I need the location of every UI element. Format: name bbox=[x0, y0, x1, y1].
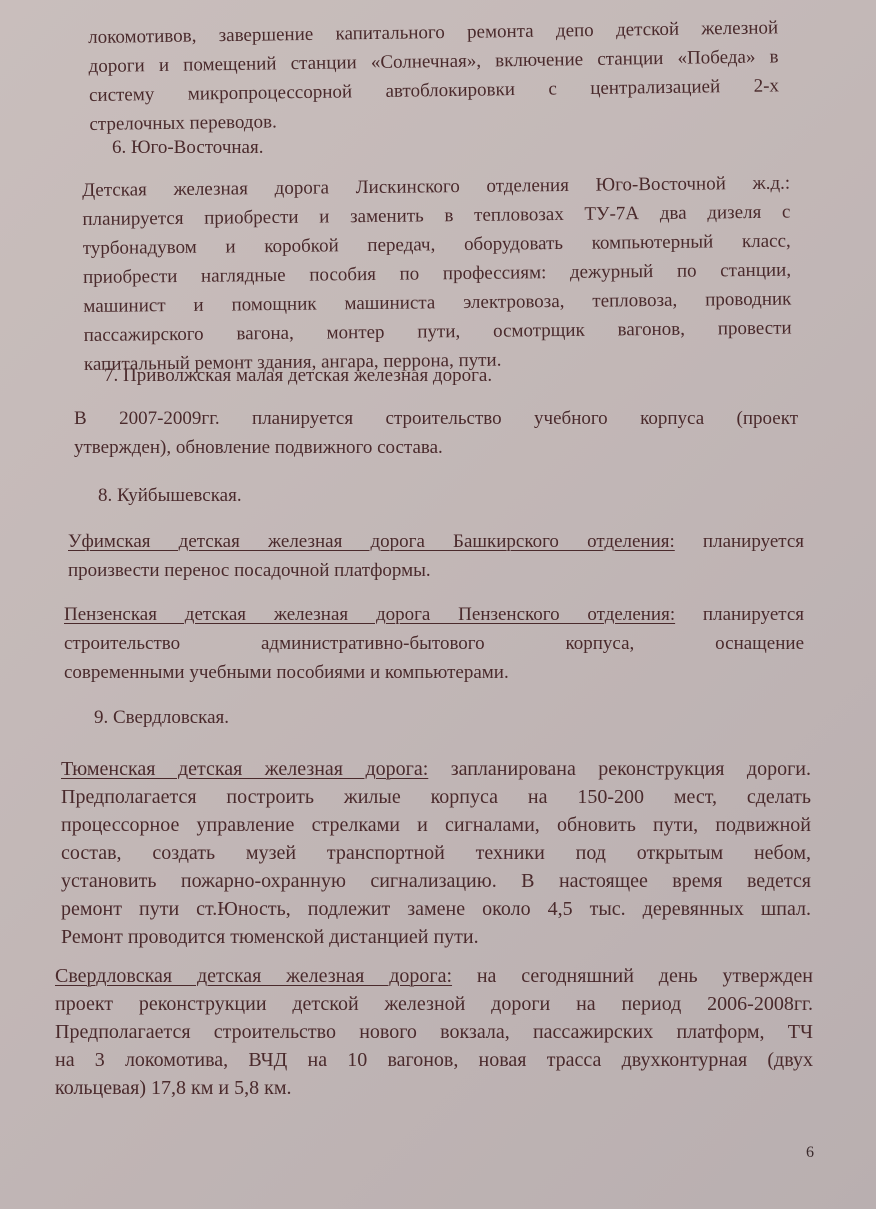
text-fragment: на сегодняшний день утвержден bbox=[452, 965, 813, 987]
sverdlovsk-railway-title: Свердловская детская железная дорога: bbox=[55, 965, 452, 987]
text-line: Уфимская детская железная дорога Башкирс… bbox=[68, 527, 804, 556]
section-heading-7: 7. Приволжская малая детская железная до… bbox=[104, 363, 492, 389]
sverdlovsk-railway-paragraph: Свердловская детская железная дорога: на… bbox=[55, 962, 813, 1102]
text-line: проект реконструкции детской железной до… bbox=[55, 990, 813, 1018]
tyumen-railway-paragraph: Тюменская детская железная дорога: запла… bbox=[61, 755, 811, 951]
page-number: 6 bbox=[806, 1144, 814, 1162]
section-heading-6: 6. Юго-Восточная. bbox=[112, 135, 263, 161]
text-line: на 3 локомотива, ВЧД на 10 вагонов, нова… bbox=[55, 1046, 813, 1074]
section-heading-8: 8. Куйбышевская. bbox=[98, 483, 242, 509]
continuation-paragraph: локомотивов, завершение капитального рем… bbox=[88, 13, 780, 139]
text-line: строительство административно-бытового к… bbox=[64, 629, 804, 658]
text-line: Предполагается построить жилые корпуса н… bbox=[61, 783, 811, 811]
penza-railway-title: Пензенская детская железная дорога Пензе… bbox=[64, 604, 675, 625]
ufa-railway-title: Уфимская детская железная дорога Башкирс… bbox=[68, 531, 675, 552]
text-line: Свердловская детская железная дорога: на… bbox=[55, 962, 813, 990]
text-line: Ремонт проводится тюменской дистанцией п… bbox=[61, 923, 811, 951]
text-line: ремонт пути ст.Юность, подлежит замене о… bbox=[61, 895, 811, 923]
section-6-paragraph: Детская железная дорога Лискинского отде… bbox=[82, 169, 792, 379]
text-fragment: планируется bbox=[675, 531, 804, 552]
text-line: состав, создать музей транспортной техни… bbox=[61, 839, 811, 867]
penza-railway-paragraph: Пензенская детская железная дорога Пензе… bbox=[64, 600, 804, 687]
text-line: Предполагается строительство нового вокз… bbox=[55, 1018, 813, 1046]
document-page: локомотивов, завершение капитального рем… bbox=[0, 0, 876, 1209]
tyumen-railway-title: Тюменская детская железная дорога: bbox=[61, 758, 428, 780]
text-line: утвержден), обновление подвижного состав… bbox=[74, 433, 798, 462]
text-line: В 2007-2009гг. планируется строительство… bbox=[74, 404, 798, 433]
text-fragment: планируется bbox=[675, 604, 804, 625]
ufa-railway-paragraph: Уфимская детская железная дорога Башкирс… bbox=[68, 527, 804, 585]
text-line: кольцевая) 17,8 км и 5,8 км. bbox=[55, 1074, 813, 1102]
text-fragment: запланирована реконструкция дороги. bbox=[428, 758, 811, 780]
section-7-paragraph: В 2007-2009гг. планируется строительство… bbox=[74, 404, 798, 462]
text-line: процессорное управление стрелками и сигн… bbox=[61, 811, 811, 839]
text-line: Тюменская детская железная дорога: запла… bbox=[61, 755, 811, 783]
section-heading-9: 9. Свердловская. bbox=[94, 705, 229, 731]
text-line: современными учебными пособиями и компью… bbox=[64, 658, 804, 687]
text-line: произвести перенос посадочной платформы. bbox=[68, 556, 804, 585]
text-line: установить пожарно-охранную сигнализацию… bbox=[61, 867, 811, 895]
text-line: Пензенская детская железная дорога Пензе… bbox=[64, 600, 804, 629]
